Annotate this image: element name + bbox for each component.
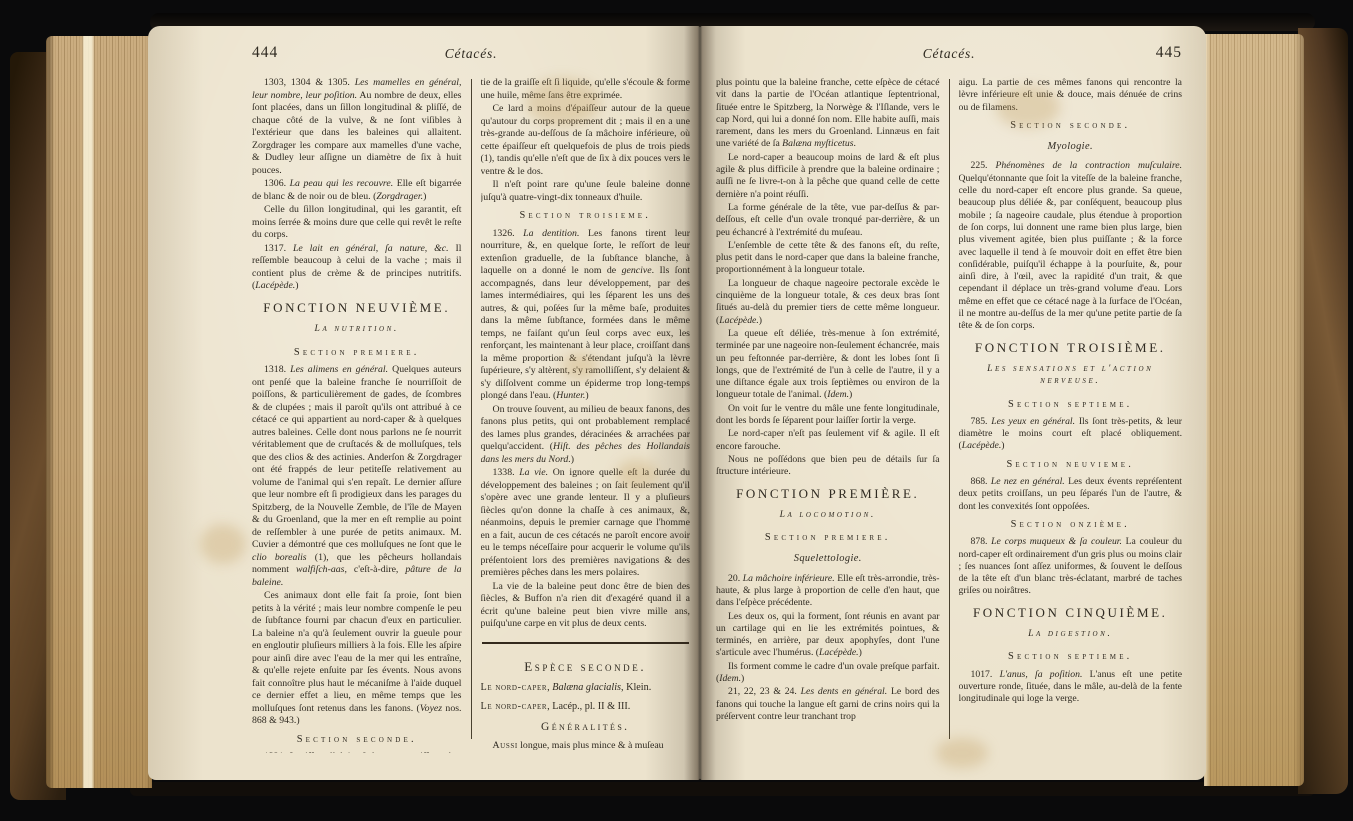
paragraph: 1303, 1304 & 1305. Les mamelles en génér… (252, 77, 462, 177)
paragraph: Il n'eſt point rare qu'une ſeule baleine… (481, 179, 691, 204)
paragraph: On trouve ſouvent, au milieu de beaux fa… (481, 404, 691, 467)
section-heading: Section neuvieme. (959, 459, 1183, 471)
paragraph: Nous ne poſſédons que bien peu de détail… (716, 454, 940, 479)
section-heading: Section septieme. (959, 399, 1183, 411)
page-left: 444 Cétacés. 1303, 1304 & 1305. Les mame… (148, 26, 700, 780)
paragraph: Le nord-caper n'eſt pas ſeulement vif & … (716, 428, 940, 453)
function-heading: FONCTION NEUVIÈME. (252, 302, 462, 315)
function-heading: FONCTION PREMIÈRE. (716, 488, 940, 500)
paragraph: On voit ſur le ventre du mâle une fente … (716, 403, 940, 428)
species-line: Le nord-caper, Balæna glacialis, Klein. (481, 682, 691, 695)
book-cover-bottom-edge (130, 782, 1315, 796)
paragraph: 1017. L'anus, ſa poſition. L'anus eſt un… (959, 669, 1183, 706)
paragraph: La queue eſt déliée, très-menue à ſon ex… (716, 328, 940, 402)
text-column-2: aigu. La partie de ces mêmes fanons qui … (959, 77, 1183, 753)
page-stain (200, 524, 246, 564)
paragraph: Celle du ſillon longitudinal, qui les ga… (252, 204, 462, 242)
function-heading: Espèce seconde. (481, 661, 691, 674)
text-column-1: 1303, 1304 & 1305. Les mamelles en génér… (252, 77, 462, 753)
page-header-left: 444 Cétacés. (252, 46, 690, 68)
section-heading: Section premiere. (716, 532, 940, 544)
subject-heading: La locomotion. (716, 509, 940, 521)
section-heading: Section premiere. (252, 347, 462, 360)
paragraph: Ces animaux dont elle fait ſa proie, ſon… (252, 590, 462, 728)
paragraph: 1326. La dentition. Les fanons tirent le… (481, 228, 691, 403)
paragraph: 878. Le corps muqueux & ſa couleur. La c… (959, 536, 1183, 597)
section-heading: Section seconde. (959, 120, 1183, 132)
section-heading: Section seconde. (252, 734, 462, 747)
page-right: Cétacés. 445 plus pointu que la baleine … (700, 26, 1206, 780)
subject-heading: La digestion. (959, 628, 1183, 640)
paragraph: plus pointu que la baleine franche, cett… (716, 77, 940, 151)
paragraph: 1317. Le lait en général, ſa nature, &c.… (252, 243, 462, 293)
paragraph: 1321. Le tiſſu cellulaire & le corps gra… (252, 751, 462, 753)
column-divider (949, 79, 950, 739)
double-rule (482, 642, 690, 644)
text-column-1: plus pointu que la baleine franche, cett… (716, 77, 940, 753)
paragraph: Ils forment comme le cadre d'un ovale pr… (716, 661, 940, 686)
text-block-right: plus pointu que la baleine franche, cett… (716, 77, 1182, 753)
paragraph: 20. La mâchoire inférieure. Elle eſt trè… (716, 573, 940, 610)
species-line: Le nord-caper, Lacép., pl. II & III. (481, 701, 691, 714)
paragraph: 1306. La peau qui les recouvre. Elle eſt… (252, 178, 462, 203)
paragraph: Aussi longue, mais plus mince & à muſeau (481, 740, 691, 753)
text-block-left: 1303, 1304 & 1305. Les mamelles en génér… (252, 77, 690, 753)
running-title-right: Cétacés. (716, 46, 1182, 62)
paragraph: 225. Phénomènes de la contraction muſcul… (959, 160, 1183, 332)
page-header-right: Cétacés. 445 (716, 46, 1182, 68)
paragraph: 1338. La vie. On ignore quelle eſt la du… (481, 467, 691, 580)
paragraph: 1318. Les alimens en général. Quelques a… (252, 364, 462, 589)
paragraph: La longueur de chaque nageoire pectorale… (716, 278, 940, 327)
section-heading: Section septieme. (959, 651, 1183, 663)
subject-heading: Les sensations et l'action nerveuse. (959, 363, 1183, 388)
page-edges-left (46, 36, 152, 788)
paragraph: tie de la graiſſe eſt ſi liquide, qu'ell… (481, 77, 691, 102)
paragraph: 785. Les yeux en général. Ils ſont très-… (959, 416, 1183, 453)
function-heading: FONCTION TROISIÈME. (959, 342, 1183, 354)
paragraph: Le nord-caper a beaucoup moins de lard &… (716, 152, 940, 201)
book-cover-right (1298, 28, 1348, 794)
paragraph: Les deux os, qui la forment, ſont réunis… (716, 611, 940, 660)
section-heading: Section troisieme. (481, 210, 691, 223)
column-divider (471, 79, 472, 739)
page-edges-right (1204, 34, 1304, 786)
running-title-left: Cétacés. (252, 46, 690, 62)
paragraph: La forme générale de la tête, vue par-de… (716, 202, 940, 239)
function-heading: FONCTION CINQUIÈME. (959, 607, 1183, 619)
subject-heading: La nutrition. (252, 323, 462, 336)
text-column-2: tie de la graiſſe eſt ſi liquide, qu'ell… (481, 77, 691, 753)
photo-background: 444 Cétacés. 1303, 1304 & 1305. Les mame… (0, 0, 1353, 821)
section-heading: Section onzième. (959, 519, 1183, 531)
subsection-title: Myologie. (959, 141, 1183, 153)
generalites-heading: Généralités. (481, 721, 691, 734)
paragraph: 21, 22, 23 & 24. Les dents en général. L… (716, 686, 940, 723)
paragraph: La vie de la baleine peut donc être de b… (481, 581, 691, 631)
subsection-title: Squelettologie. (716, 553, 940, 565)
paragraph: aigu. La partie de ces mêmes fanons qui … (959, 77, 1183, 114)
page-number-right: 445 (1156, 44, 1182, 62)
paragraph: Ce lard a moins d'épaiſſeur autour de la… (481, 103, 691, 178)
paragraph: L'enſemble de cette tête & des fanons eſ… (716, 240, 940, 277)
paragraph: 868. Le nez en général. Les deux évents … (959, 476, 1183, 513)
